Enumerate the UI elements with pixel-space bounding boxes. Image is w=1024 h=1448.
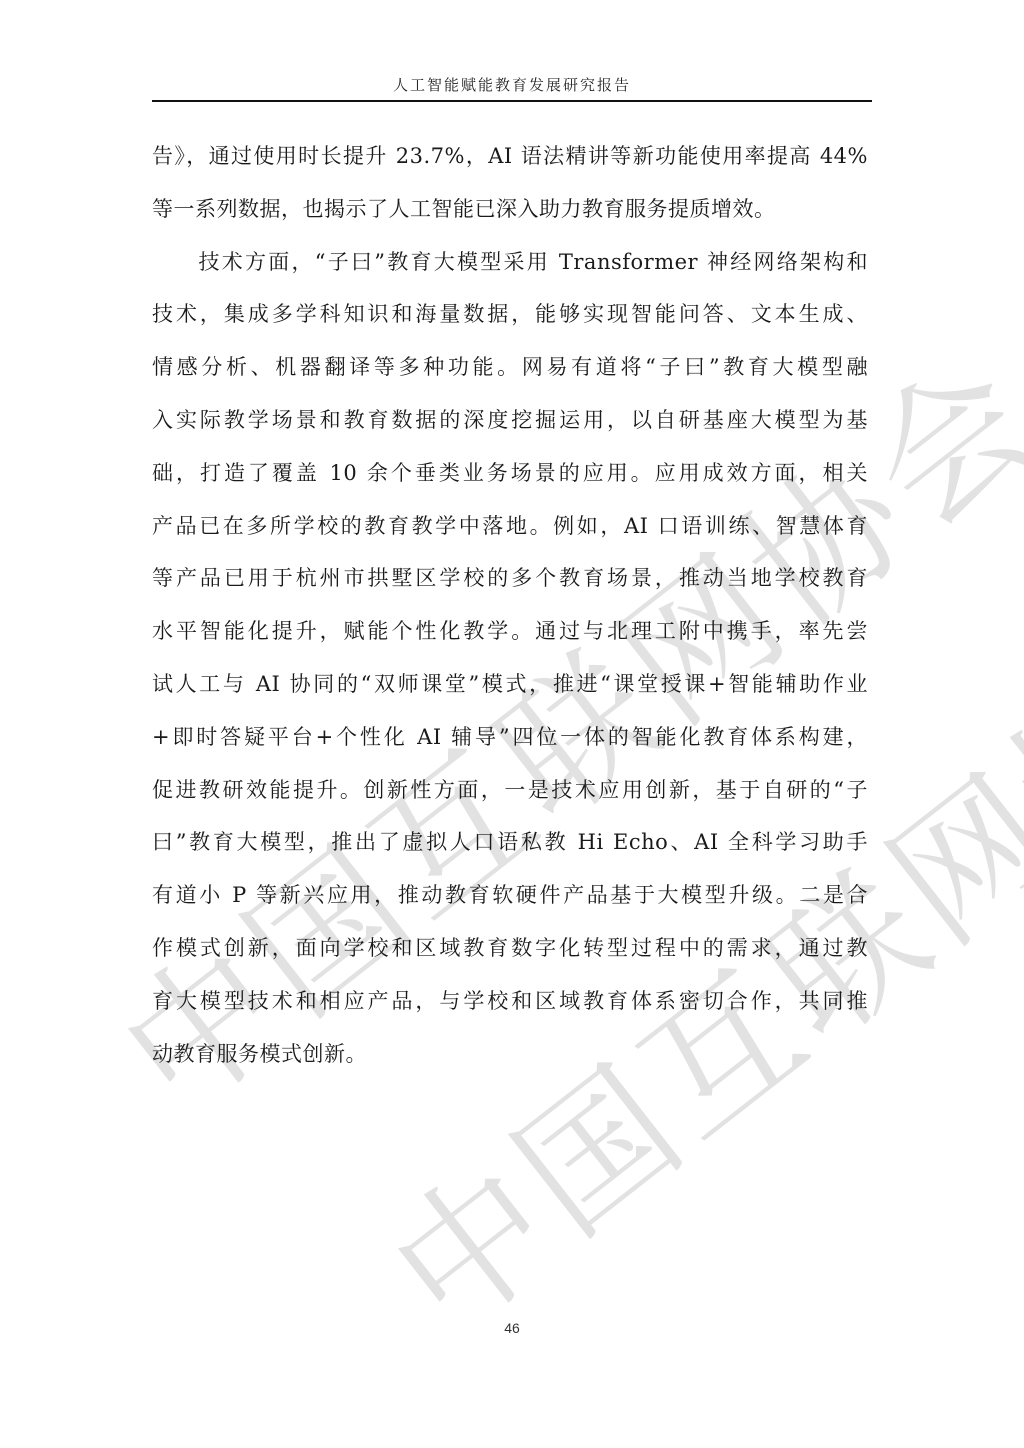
text-line: 水平智能化提升，赋能个性化教学。通过与北理工附中携手，率先尝 xyxy=(152,605,868,658)
text-line: 入实际教学场景和教育数据的深度挖掘运用，以自研基座大模型为基 xyxy=(152,394,868,447)
text-line: 技术，集成多学科知识和海量数据，能够实现智能问答、文本生成、 xyxy=(152,288,868,341)
text-line: 作模式创新，面向学校和区域教育数字化转型过程中的需求，通过教 xyxy=(152,922,868,975)
text-line: 告》，通过使用时长提升 23.7%，AI 语法精讲等新功能使用率提高 44% xyxy=(152,130,868,183)
text-line: 试人工与 AI 协同的“双师课堂”模式，推进“课堂授课+智能辅助作业 xyxy=(152,658,868,711)
text-line: 础，打造了覆盖 10 余个垂类业务场景的应用。应用成效方面，相关 xyxy=(152,447,868,500)
text-line: 育大模型技术和相应产品，与学校和区域教育体系密切合作，共同推 xyxy=(152,975,868,1028)
text-line: 产品已在多所学校的教育教学中落地。例如，AI 口语训练、智慧体育 xyxy=(152,500,868,553)
text-line: +即时答疑平台+个性化 AI 辅导”四位一体的智能化教育体系构建， xyxy=(152,711,868,764)
text-line: 技术方面，“子曰”教育大模型采用 Transformer 神经网络架构和 xyxy=(152,236,868,289)
header-divider xyxy=(152,100,872,102)
text-line: 等一系列数据，也揭示了人工智能已深入助力教育服务提质增效。 xyxy=(152,183,868,236)
text-line: 有道小 P 等新兴应用，推动教育软硬件产品基于大模型升级。二是合 xyxy=(152,869,868,922)
text-line: 情感分析、机器翻译等多种功能。网易有道将“子曰”教育大模型融 xyxy=(152,341,868,394)
text-line: 促进教研效能提升。创新性方面，一是技术应用创新，基于自研的“子 xyxy=(152,764,868,817)
text-line: 曰”教育大模型，推出了虚拟人口语私教 Hi Echo、AI 全科学习助手 xyxy=(152,816,868,869)
text-line: 动教育服务模式创新。 xyxy=(152,1028,868,1081)
running-header: 人工智能赋能教育发展研究报告 xyxy=(152,74,872,95)
page-number: 46 xyxy=(0,1320,1024,1336)
text-line: 等产品已用于杭州市拱墅区学校的多个教育场景，推动当地学校教育 xyxy=(152,552,868,605)
document-page: 中国互联网协会 中国互联网协会 人工智能赋能教育发展研究报告 告》，通过使用时长… xyxy=(0,0,1024,1448)
body-text: 告》，通过使用时长提升 23.7%，AI 语法精讲等新功能使用率提高 44% 等… xyxy=(152,130,868,1080)
